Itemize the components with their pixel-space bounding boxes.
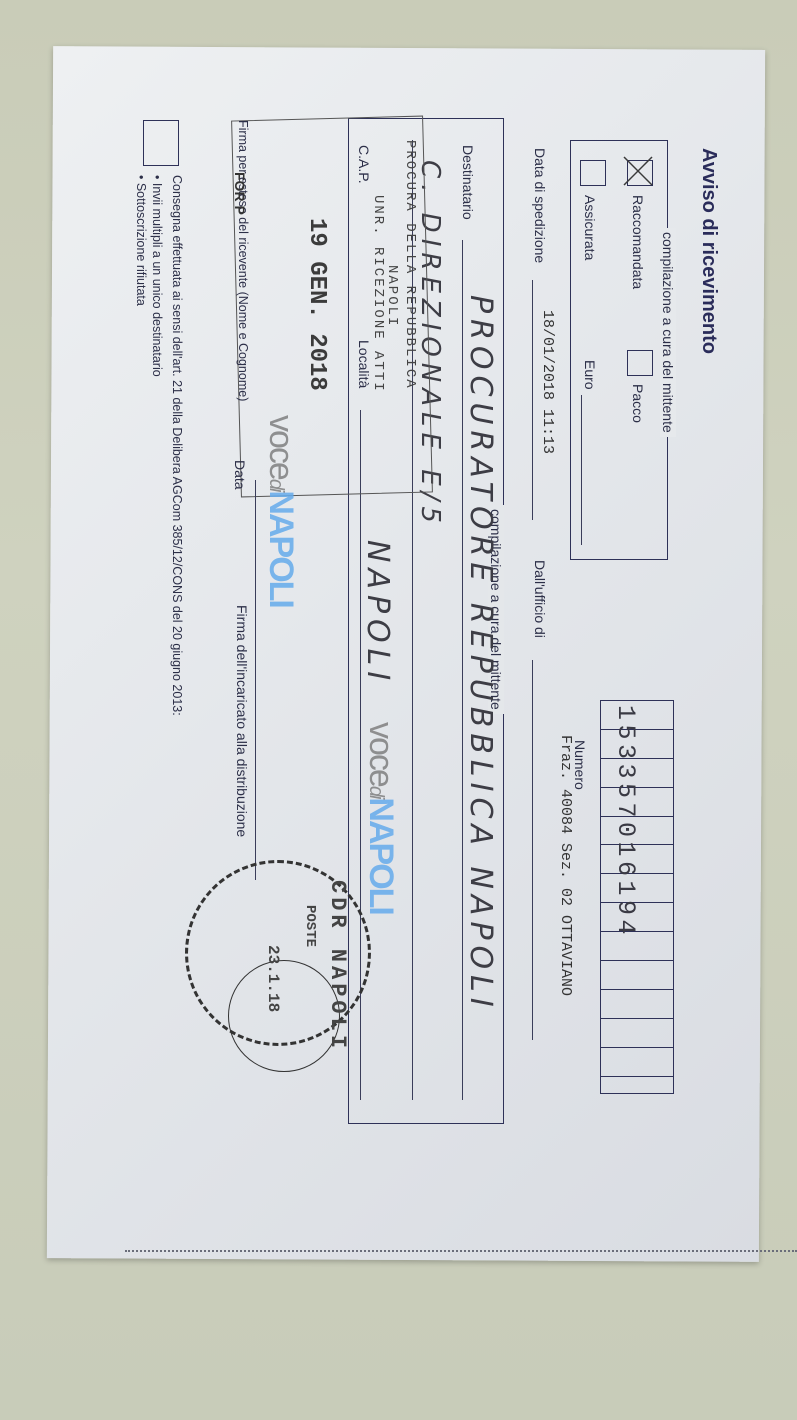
- delivery-note: Consegna effettuata ai sensi dell'art. 2…: [170, 175, 184, 716]
- watermark-2: vocediNAPOLI: [361, 722, 400, 914]
- office-label: Dall'ufficio di: [532, 560, 548, 638]
- raccomandata-label: Raccomandata: [630, 195, 646, 289]
- shipping-date-value: 18/01/2018 11:13: [539, 310, 556, 454]
- delivery-bullet-1: • Invii multipli a un unico destinatario: [150, 175, 164, 377]
- assicurata-label: Assicurata: [582, 195, 598, 260]
- watermark-napoli: NAPOLI: [362, 797, 400, 913]
- delivery-checkbox[interactable]: [143, 120, 179, 166]
- perforation-line: [125, 1250, 797, 1252]
- delivery-bullet-2: • Sottoscrizione rifiutata: [134, 175, 148, 306]
- shipping-date-label: Data di spedizione: [532, 148, 548, 263]
- distributor-signature-label: Firma dell'incaricato alla distribuzione: [234, 605, 250, 837]
- reception-date: 19 GEN. 2018: [303, 218, 330, 391]
- assicurata-checkbox[interactable]: [580, 160, 606, 186]
- watermark-voce: voce: [262, 415, 300, 479]
- reception-stamp-line-2: NAPOLI: [384, 265, 400, 327]
- number-value: 153357016194: [611, 705, 640, 939]
- euro-label: Euro: [582, 360, 598, 390]
- watermark-voce: voce: [362, 722, 400, 786]
- check-x-icon: [618, 151, 658, 191]
- sender-section-label: compilazione a cura del mittente: [660, 228, 676, 437]
- watermark-napoli: NAPOLI: [262, 490, 300, 606]
- office-line: [532, 660, 533, 1040]
- locality-handwritten: NAPOLI: [360, 540, 395, 686]
- reception-stamp-line-3: UNR. RICEZIONE ATTI: [370, 195, 386, 393]
- number-label: Numero: [572, 740, 588, 790]
- date-label: Data: [232, 460, 248, 490]
- reception-stamp-line-1: PROCURA DELLA REPUBBLICA: [402, 140, 418, 390]
- signature-scribble: FOR P: [232, 172, 248, 215]
- watermark-di: di: [265, 479, 287, 491]
- watermark-di: di: [365, 786, 387, 798]
- watermark-1: vocediNAPOLI: [261, 415, 300, 607]
- euro-field-line: [581, 395, 582, 545]
- distributor-signature-line: [255, 480, 256, 880]
- postmark-text: CDR NAPOLI: [325, 880, 350, 1052]
- pacco-label: Pacco: [630, 384, 646, 423]
- postmark-date: 23.1.18: [264, 945, 282, 1012]
- pacco-checkbox[interactable]: [627, 350, 653, 376]
- shipping-date-line: [532, 280, 533, 520]
- postmark-sub: POSTE: [302, 905, 318, 947]
- recipient-label: Destinatario: [460, 145, 476, 220]
- raccomandata-checkbox[interactable]: [627, 160, 653, 186]
- postmark-inner-circle: [228, 960, 340, 1072]
- receiver-signature-label: Firma per esteso del ricevente (Nome e C…: [236, 120, 250, 401]
- form-title: Avviso di ricevimento: [697, 148, 720, 354]
- recipient-handwritten-1: PROCURATORE REPUBBLICA NAPOLI: [463, 295, 498, 1013]
